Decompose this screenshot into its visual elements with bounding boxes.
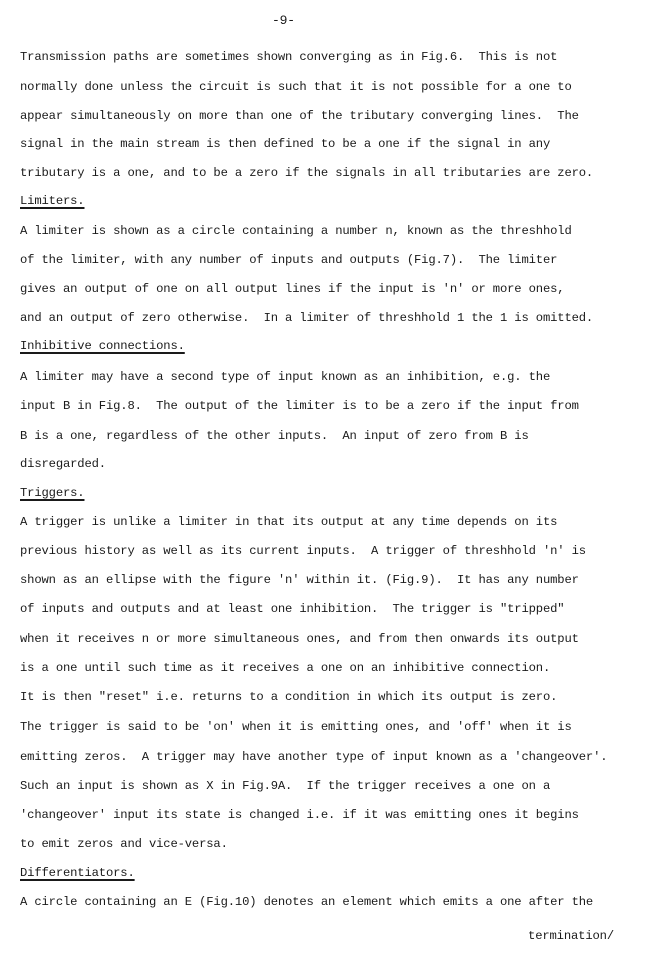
text-line: Such an input is shown as X in Fig.9A. I… bbox=[20, 778, 550, 794]
section-heading-inhibitive-connections: Inhibitive connections. bbox=[20, 338, 185, 354]
text-line: emitting zeros. A trigger may have anoth… bbox=[20, 749, 607, 765]
text-line: tributary is a one, and to be a zero if … bbox=[20, 165, 593, 181]
text-line: previous history as well as its current … bbox=[20, 543, 586, 559]
text-line: signal in the main stream is then define… bbox=[20, 136, 550, 152]
section-heading-limiters: Limiters. bbox=[20, 193, 84, 209]
text-line: It is then "reset" i.e. returns to a con… bbox=[20, 689, 557, 705]
text-line: to emit zeros and vice-versa. bbox=[20, 836, 228, 852]
text-line: appear simultaneously on more than one o… bbox=[20, 108, 579, 124]
text-line: gives an output of one on all output lin… bbox=[20, 281, 564, 297]
page-number: -9- bbox=[272, 13, 295, 28]
text-line: B is a one, regardless of the other inpu… bbox=[20, 428, 529, 444]
catchword: termination/ bbox=[528, 928, 614, 944]
text-line: A trigger is unlike a limiter in that it… bbox=[20, 514, 557, 530]
text-line: of the limiter, with any number of input… bbox=[20, 252, 557, 268]
text-line: is a one until such time as it receives … bbox=[20, 660, 550, 676]
text-line: A limiter is shown as a circle containin… bbox=[20, 223, 572, 239]
section-heading-differentiators: Differentiators. bbox=[20, 865, 135, 881]
text-line: of inputs and outputs and at least one i… bbox=[20, 601, 564, 617]
section-heading-triggers: Triggers. bbox=[20, 485, 84, 501]
text-line: and an output of zero otherwise. In a li… bbox=[20, 310, 593, 326]
text-line: A limiter may have a second type of inpu… bbox=[20, 369, 550, 385]
text-line: The trigger is said to be 'on' when it i… bbox=[20, 719, 572, 735]
text-line: normally done unless the circuit is such… bbox=[20, 79, 572, 95]
text-line: when it receives n or more simultaneous … bbox=[20, 631, 579, 647]
text-line: 'changeover' input its state is changed … bbox=[20, 807, 579, 823]
text-line: disregarded. bbox=[20, 456, 106, 472]
document-page: -9- Transmission paths are sometimes sho… bbox=[0, 0, 650, 959]
text-line: A circle containing an E (Fig.10) denote… bbox=[20, 894, 593, 910]
text-line: shown as an ellipse with the figure 'n' … bbox=[20, 572, 579, 588]
text-line: Transmission paths are sometimes shown c… bbox=[20, 49, 557, 65]
text-line: input B in Fig.8. The output of the limi… bbox=[20, 398, 579, 414]
